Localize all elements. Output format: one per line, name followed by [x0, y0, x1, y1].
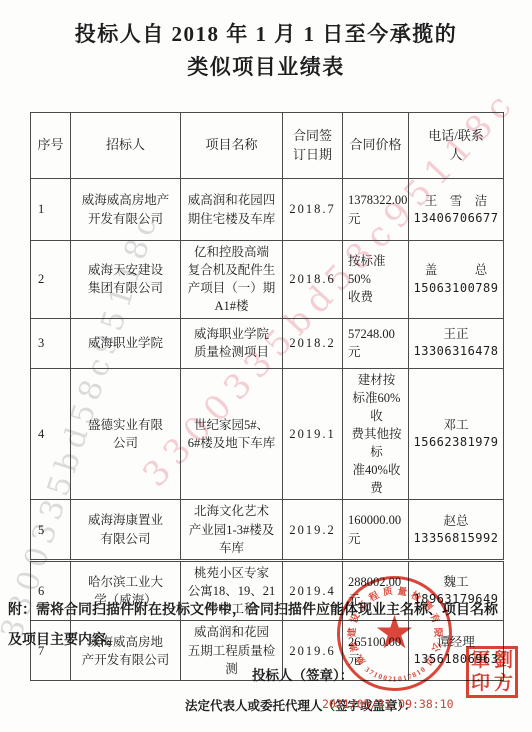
cell-bidder: 威海职业学院: [71, 318, 181, 368]
bidder-seal-label: 投标人（签章）：: [252, 664, 353, 684]
cell-price: 1378322.00 元: [343, 179, 409, 241]
cell-price: 160000.00 元: [343, 500, 409, 560]
cell-seq: 2: [31, 241, 71, 319]
cell-project: 威海职业学院 质量检测项目: [181, 318, 283, 368]
header-contact: 电话/联系 人: [409, 113, 504, 179]
table-row: 4 盛德实业有限 公司 世纪家园5#、 6#楼及地下车库 2019.1 建材按 …: [31, 368, 504, 500]
cell-date: 2018.7: [283, 179, 343, 241]
cell-bidder: 威海威高房地产 开发有限公司: [71, 179, 181, 241]
contact-name: 魏工: [412, 573, 500, 591]
attachment-note: 附：需将合同扫描件附在投标文件中，合同扫描件应能体现业主名称、项目名称 及项目主…: [8, 596, 523, 656]
header-seq: 序号: [31, 113, 71, 179]
cell-contact: 邓工15662381979: [409, 368, 504, 500]
cell-price: 按标准 50% 收费: [343, 241, 409, 319]
cell-price: 建材按 标准60%收 费其他按标 准40%收费: [343, 368, 409, 500]
header-price: 合同价格: [343, 113, 409, 179]
cell-price: 57248.00 元: [343, 318, 409, 368]
cell-date: 2018.6: [283, 241, 343, 319]
contact-name: 邓工: [412, 416, 500, 434]
contact-name: 王 雪 洁: [412, 192, 500, 210]
cell-contact: 赵总13356815992: [409, 500, 504, 560]
table-row: 2 威海天安建设 集团有限公司 亿和控股高端 复合机及配件生 产项目（一）期 A…: [31, 241, 504, 319]
table-row: 1 威海威高房地产 开发有限公司 威高润和花园四 期住宅楼及车库 2018.7 …: [31, 179, 504, 241]
header-date: 合同签 订日期: [283, 113, 343, 179]
cell-contact: 王 雪 洁13406706677: [409, 179, 504, 241]
cell-seq: 3: [31, 318, 71, 368]
cell-contact: 王正13306316478: [409, 318, 504, 368]
contact-phone: 13356815992: [412, 530, 500, 547]
cell-project: 世纪家园5#、 6#楼及地下车库: [181, 368, 283, 500]
table-header-row: 序号 招标人 项目名称 合同签 订日期 合同价格 电话/联系 人: [31, 113, 504, 179]
document-title: 投标人自 2018 年 1 月 1 日至今承揽的 类似项目业绩表: [0, 18, 532, 83]
cell-bidder: 盛德实业有限 公司: [71, 368, 181, 500]
table-row: 5 威海海康置业 有限公司 北海文化艺术 产业园1-3#楼及 车库 2019.2…: [31, 500, 504, 560]
cell-project: 亿和控股高端 复合机及配件生 产项目（一）期 A1#楼: [181, 241, 283, 319]
cell-project: 北海文化艺术 产业园1-3#楼及 车库: [181, 500, 283, 560]
contact-name: 赵总: [412, 512, 500, 530]
cell-date: 2018.2: [283, 318, 343, 368]
cell-bidder: 威海天安建设 集团有限公司: [71, 241, 181, 319]
title-line-1: 投标人自 2018 年 1 月 1 日至今承揽的: [0, 18, 532, 51]
cell-seq: 4: [31, 368, 71, 500]
cell-date: 2019.1: [283, 368, 343, 500]
contact-phone: 15063100789: [412, 280, 500, 297]
cell-contact: 盖 总15063100789: [409, 241, 504, 319]
contact-phone: 13306316478: [412, 343, 500, 360]
header-bidder: 招标人: [71, 113, 181, 179]
cell-seq: 1: [31, 179, 71, 241]
header-project: 项目名称: [181, 113, 283, 179]
table-row: 3 威海职业学院 威海职业学院 质量检测项目 2018.2 57248.00 元…: [31, 318, 504, 368]
cell-seq: 5: [31, 500, 71, 560]
cell-bidder: 威海海康置业 有限公司: [71, 500, 181, 560]
contact-phone: 15662381979: [412, 434, 500, 451]
title-line-2: 类似项目业绩表: [0, 51, 532, 84]
contact-name: 王正: [412, 325, 500, 343]
cell-date: 2019.2: [283, 500, 343, 560]
contact-name: 盖 总: [412, 261, 500, 279]
cell-project: 威高润和花园四 期住宅楼及车库: [181, 179, 283, 241]
stamp-datetime: 2021/05/23 09:38:10: [322, 697, 454, 711]
contact-phone: 13406706677: [412, 210, 500, 227]
